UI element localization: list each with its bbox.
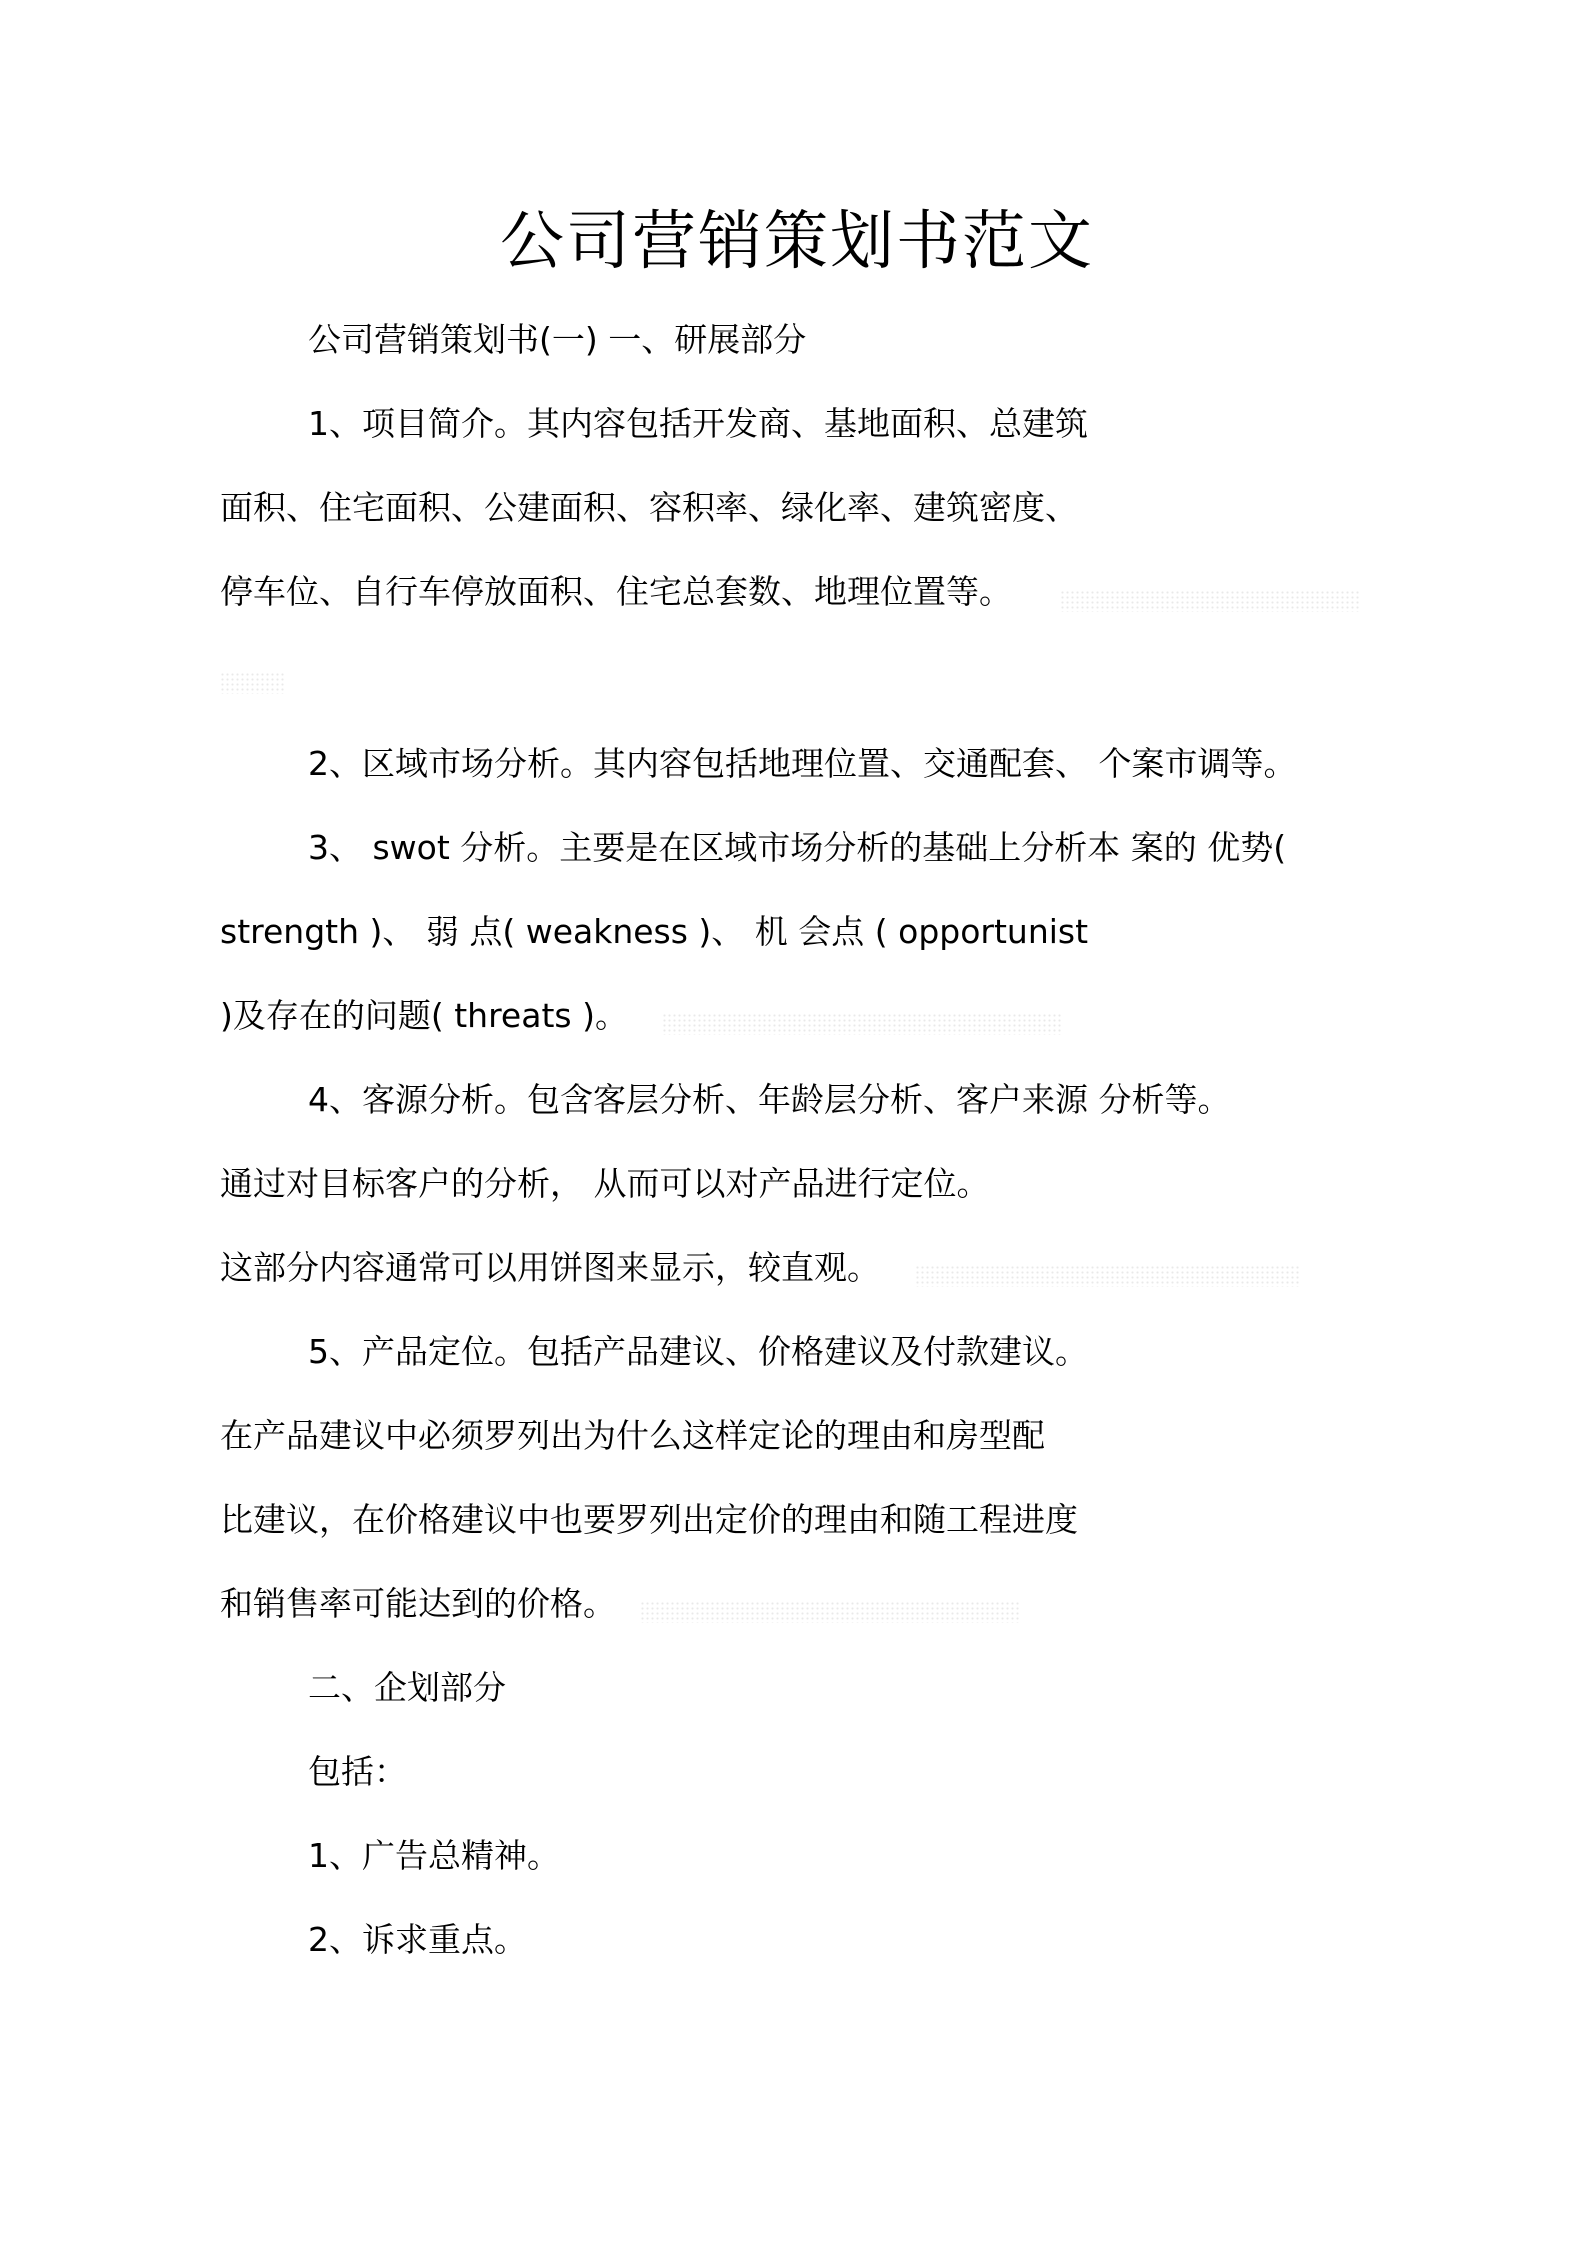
paragraph-line: 通过对目标客户的分析， 从而可以对产品进行定位。 <box>220 1162 990 1206</box>
watermark-stripe <box>640 1601 1020 1623</box>
document-title: 公司营销策划书范文 <box>0 202 1594 282</box>
watermark-stripe <box>1060 590 1360 612</box>
list-item: 1、广告总精神。 <box>308 1834 560 1878</box>
paragraph-line: 5、产品定位。包括产品建议、价格建议及付款建议。 <box>308 1330 1088 1374</box>
watermark-stripe <box>220 672 285 694</box>
paragraph-line: 在产品建议中必须罗列出为什么这样定论的理由和房型配 <box>220 1414 1045 1458</box>
list-item: 2、诉求重点。 <box>308 1918 527 1962</box>
paragraph-line: 3、 swot 分析。主要是在区域市场分析的基础上分析本 案的 优势( <box>308 826 1286 870</box>
paragraph-line: 4、客源分析。包含客层分析、年龄层分析、客户来源 分析等。 <box>308 1078 1231 1122</box>
paragraph-line: strength )、 弱 点( weakness )、 机 会点 ( oppo… <box>220 910 1088 954</box>
paragraph-line: 包括： <box>308 1750 407 1794</box>
paragraph-line: 和销售率可能达到的价格。 <box>220 1582 616 1626</box>
paragraph-line: 2、区域市场分析。其内容包括地理位置、交通配套、 个案市调等。 <box>308 742 1297 786</box>
paragraph-line: 这部分内容通常可以用饼图来显示，较直观。 <box>220 1246 880 1290</box>
paragraph-line: 停车位、自行车停放面积、住宅总套数、地理位置等。 <box>220 570 1012 614</box>
paragraph-line: 公司营销策划书(一) 一、研展部分 <box>308 318 806 362</box>
paragraph-line: 比建议，在价格建议中也要罗列出定价的理由和随工程进度 <box>220 1498 1078 1542</box>
watermark-stripe <box>662 1013 1062 1035</box>
watermark-stripe <box>915 1265 1300 1287</box>
section-heading: 二、企划部分 <box>308 1666 506 1710</box>
document-page: 公司营销策划书范文 公司营销策划书(一) 一、研展部分 1、项目简介。其内容包括… <box>0 0 1594 2256</box>
paragraph-line: )及存在的问题( threats )。 <box>220 994 628 1038</box>
paragraph-line: 1、项目简介。其内容包括开发商、基地面积、总建筑 <box>308 402 1088 446</box>
paragraph-line: 面积、住宅面积、公建面积、容积率、绿化率、建筑密度、 <box>220 486 1078 530</box>
